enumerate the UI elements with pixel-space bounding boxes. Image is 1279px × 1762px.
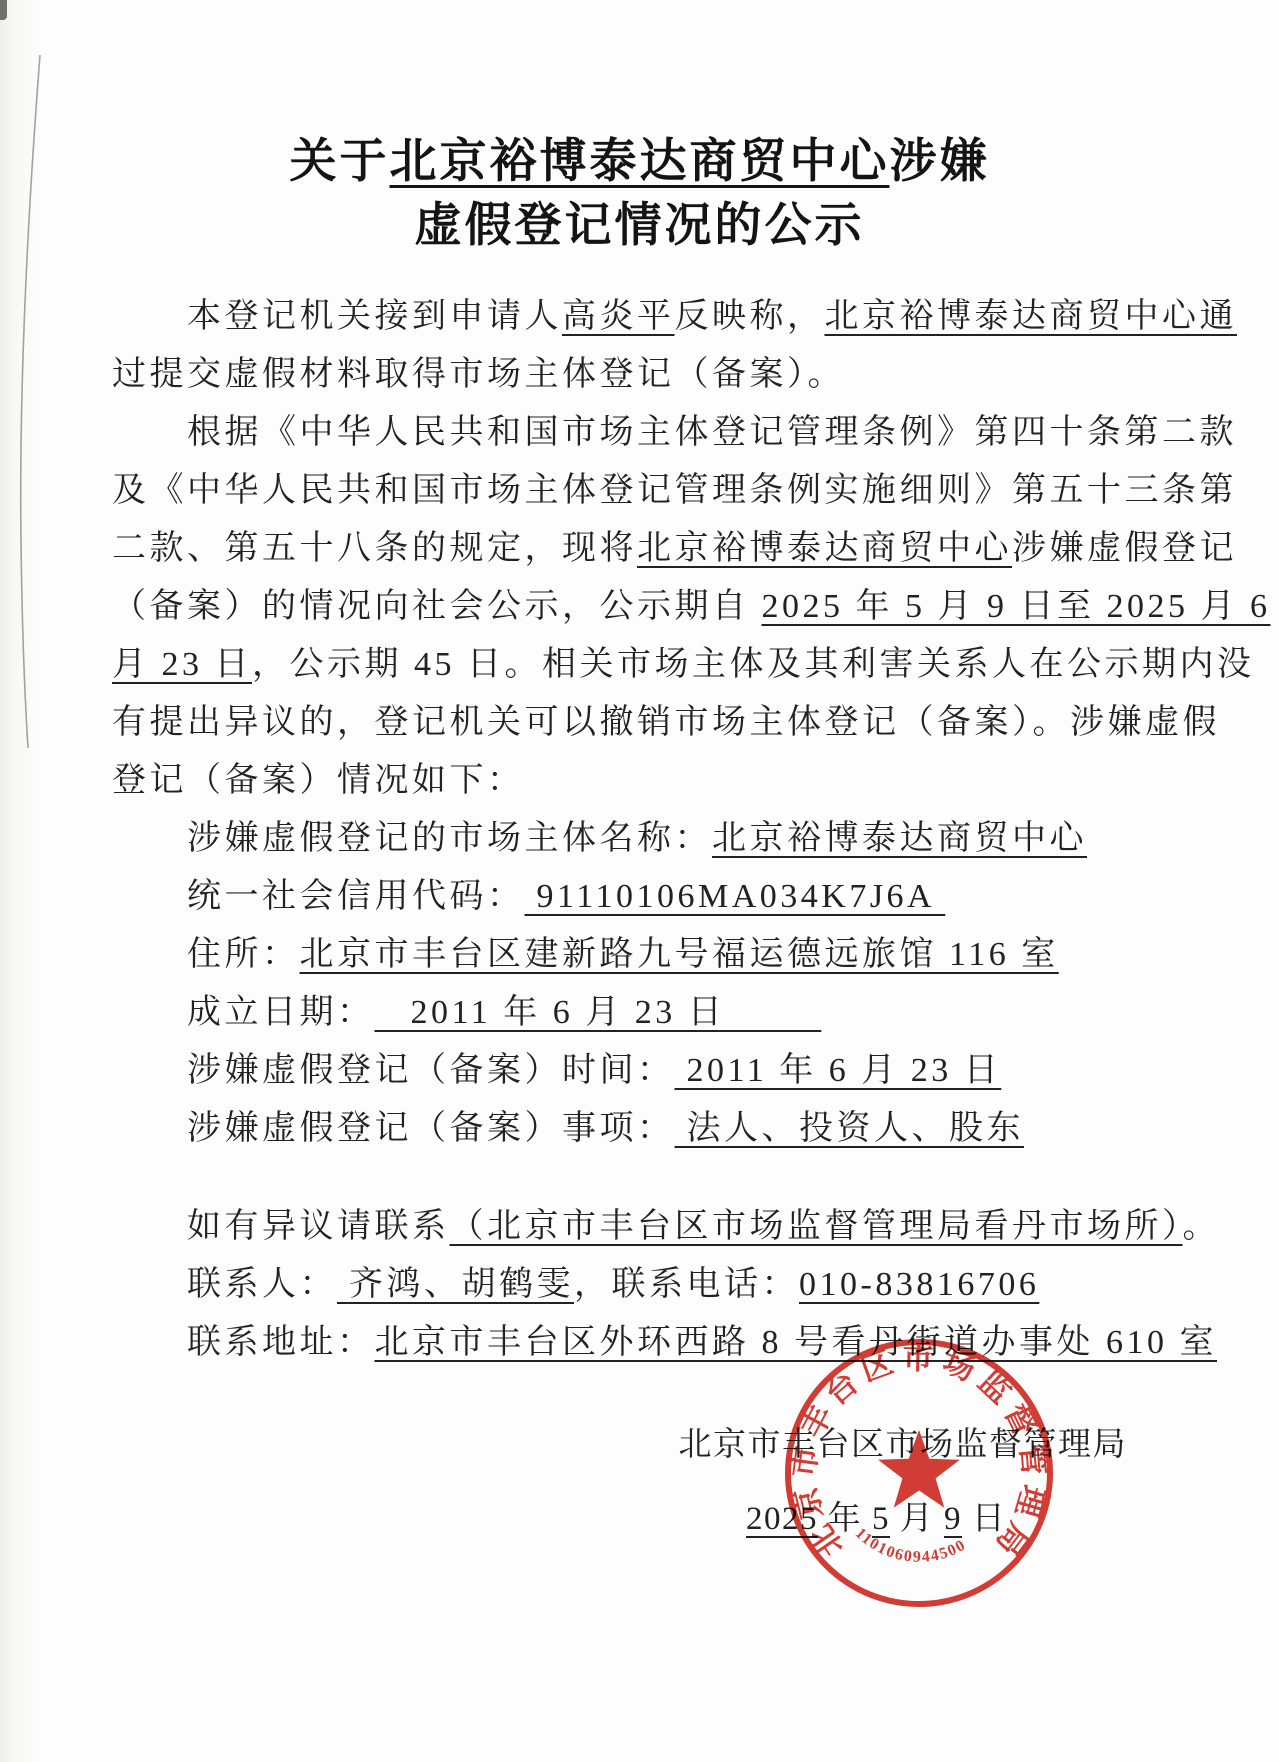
text: ，公示期 45 日。相关市场主体及其利害关系人在公示期内没 (252, 646, 1255, 683)
doc-line: 根据《中华人民共和国市场主体登记管理条例》第四十条第二款 (112, 404, 1199, 462)
text: 登记（备案）情况如下： (112, 762, 525, 799)
star-icon (878, 1430, 960, 1508)
doc-line: 涉嫌虚假登记（备案）事项： 法人、投资人、股东 (112, 1100, 1199, 1158)
underlined-text: 齐鸿、胡鹤雯 (337, 1266, 574, 1303)
doc-line: 登记（备案）情况如下： (112, 752, 1199, 810)
text: ，联系电话： (574, 1266, 799, 1303)
doc-line: 联系人： 齐鸿、胡鹤雯，联系电话：010-83816706 (112, 1256, 1199, 1314)
title-line-1: 关于北京裕博泰达商贸中心涉嫌 (0, 130, 1279, 194)
text: 反映称， (675, 298, 825, 335)
text: 联系地址： (187, 1324, 375, 1361)
underlined-text: 法人、投资人、股东 (675, 1110, 1025, 1147)
doc-line: 成立日期： 2011 年 6 月 23 日 (112, 984, 1199, 1042)
text: 有提出异议的，登记机关可以撤销市场主体登记（备案）。涉嫌虚假 (112, 704, 1220, 741)
text: 住所： (187, 936, 300, 973)
underlined-text: 北京裕博泰达商贸中心 (637, 530, 1012, 567)
text: 及《中华人民共和国市场主体登记管理条例实施细则》第五十三条第 (112, 472, 1237, 509)
text: 涉嫌虚假登记（备案）事项： (187, 1110, 675, 1147)
text: 本登记机关接到申请人 (187, 298, 562, 335)
text: 涉嫌虚假登记的市场主体名称： (187, 820, 712, 857)
underlined-text: 北京裕博泰达商贸中心 (712, 820, 1087, 857)
text: 统一社会信用代码： (187, 878, 525, 915)
title-text: 虚假登记情况的公示 (415, 200, 865, 252)
issuing-agency: 北京市丰台区市场监督管理局 (0, 1418, 1279, 1465)
doc-line: 涉嫌虚假登记的市场主体名称：北京裕博泰达商贸中心 (112, 810, 1199, 868)
doc-line: 及《中华人民共和国市场主体登记管理条例实施细则》第五十三条第 (112, 462, 1199, 520)
seal-serial-number: 1101060944500 (852, 1525, 970, 1566)
underlined-text: 高炎平 (562, 298, 675, 335)
document-title: 关于北京裕博泰达商贸中心涉嫌 虚假登记情况的公示 (0, 130, 1279, 258)
underlined-text: 北京裕博泰达商贸中心通 (825, 298, 1238, 335)
underlined-text: 2025 年 5 月 9 日至 2025 月 6 (762, 588, 1271, 625)
title-line-2: 虚假登记情况的公示 (0, 194, 1279, 258)
underlined-text: 2011 年 6 月 23 日 (375, 994, 822, 1031)
line-spacer (112, 1158, 1199, 1198)
doc-line: 过提交虚假材料取得市场主体登记（备案）。 (112, 346, 1199, 404)
official-seal: 北京市丰台区市场监督管理局 1101060944500 (778, 1332, 1060, 1614)
text: 如有异议请联系 (187, 1208, 450, 1245)
text: 过提交虚假材料取得市场主体登记（备案）。 (112, 356, 845, 393)
title-text: 涉嫌 (890, 136, 990, 188)
text: （备案）的情况向社会公示，公示期自 (112, 588, 762, 625)
text: 二款、第五十八条的规定，现将 (112, 530, 637, 567)
underlined-text: 北京市丰台区建新路九号福运德远旅馆 116 室 (300, 936, 1059, 973)
underlined-text: 91110106MA034K7J6A (525, 878, 946, 915)
doc-line: 涉嫌虚假登记（备案）时间： 2011 年 6 月 23 日 (112, 1042, 1199, 1100)
text: 联系人： (187, 1266, 337, 1303)
underlined-text: 010-83816706 (799, 1266, 1039, 1303)
doc-line: 如有异议请联系（北京市丰台区市场监督管理局看丹市场所）。 (112, 1198, 1199, 1256)
text: 涉嫌虚假登记 (1012, 530, 1237, 567)
document-page: 关于北京裕博泰达商贸中心涉嫌 虚假登记情况的公示 本登记机关接到申请人高炎平反映… (0, 0, 1279, 1762)
underlined-text: 月 23 日 (112, 646, 252, 683)
title-text: 关于 (290, 136, 390, 188)
title-underlined-company-name: 北京裕博泰达商贸中心 (390, 136, 890, 188)
text: 根据《中华人民共和国市场主体登记管理条例》第四十条第二款 (187, 414, 1237, 451)
doc-line: 住所：北京市丰台区建新路九号福运德远旅馆 116 室 (112, 926, 1199, 984)
text: 成立日期： (187, 994, 375, 1031)
doc-line: 本登记机关接到申请人高炎平反映称，北京裕博泰达商贸中心通 (112, 288, 1199, 346)
doc-line: 月 23 日，公示期 45 日。相关市场主体及其利害关系人在公示期内没 (112, 636, 1199, 694)
text: 。 (1183, 1208, 1221, 1245)
doc-line: 二款、第五十八条的规定，现将北京裕博泰达商贸中心涉嫌虚假登记 (112, 520, 1199, 578)
doc-line: （备案）的情况向社会公示，公示期自 2025 年 5 月 9 日至 2025 月… (112, 578, 1199, 636)
underlined-text: 2011 年 6 月 23 日 (675, 1052, 1002, 1089)
text: 涉嫌虚假登记（备案）时间： (187, 1052, 675, 1089)
doc-line: 统一社会信用代码： 91110106MA034K7J6A (112, 868, 1199, 926)
doc-line: 有提出异议的，登记机关可以撤销市场主体登记（备案）。涉嫌虚假 (112, 694, 1199, 752)
underlined-text: （北京市丰台区市场监督管理局看丹市场所） (450, 1208, 1183, 1245)
document-body: 本登记机关接到申请人高炎平反映称，北京裕博泰达商贸中心通过提交虚假材料取得市场主… (0, 288, 1279, 1372)
